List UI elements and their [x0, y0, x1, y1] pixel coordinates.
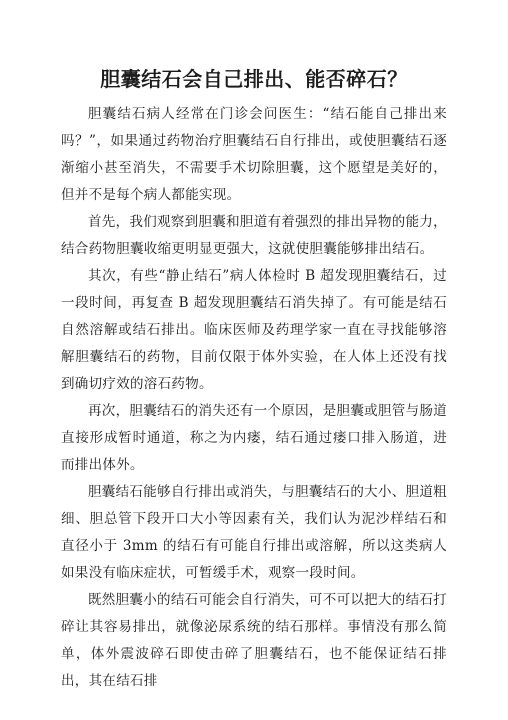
paragraph-conditions: 胆囊结石能够自行排出或消失，与胆囊结石的大小、胆道粗细、胆总管下段开口大小等因素… — [61, 479, 447, 587]
paragraph-lithotripsy: 既然胆囊小的结石可能会自行消失，可不可以把大的结石打碎让其容易排出，就像泌尿系统… — [61, 587, 447, 695]
paragraph-second-point: 其次，有些“静止结石”病人体检时 B 超发现胆囊结石，过一段时间，再复查 B 超… — [61, 263, 447, 398]
paragraph-intro: 胆囊结石病人经常在门诊会问医生：“结石能自己排出来吗？”，如果通过药物治疗胆囊结… — [61, 101, 447, 209]
paragraph-first-point: 首先，我们观察到胆囊和胆道有着强烈的排出异物的能力，结合药物胆囊收缩更明显更强大… — [61, 209, 447, 263]
paragraph-third-point: 再次，胆囊结石的消失还有一个原因，是胆囊或胆管与肠道直接形成暂时通道，称之为内瘘… — [61, 398, 447, 479]
document-body: 胆囊结石病人经常在门诊会问医生：“结石能自己排出来吗？”，如果通过药物治疗胆囊结… — [61, 101, 447, 695]
document-title: 胆囊结石会自己排出、能否碎石？ — [61, 64, 447, 95]
document-page: 胆囊结石会自己排出、能否碎石？ 胆囊结石病人经常在门诊会问医生：“结石能自己排出… — [0, 0, 508, 720]
